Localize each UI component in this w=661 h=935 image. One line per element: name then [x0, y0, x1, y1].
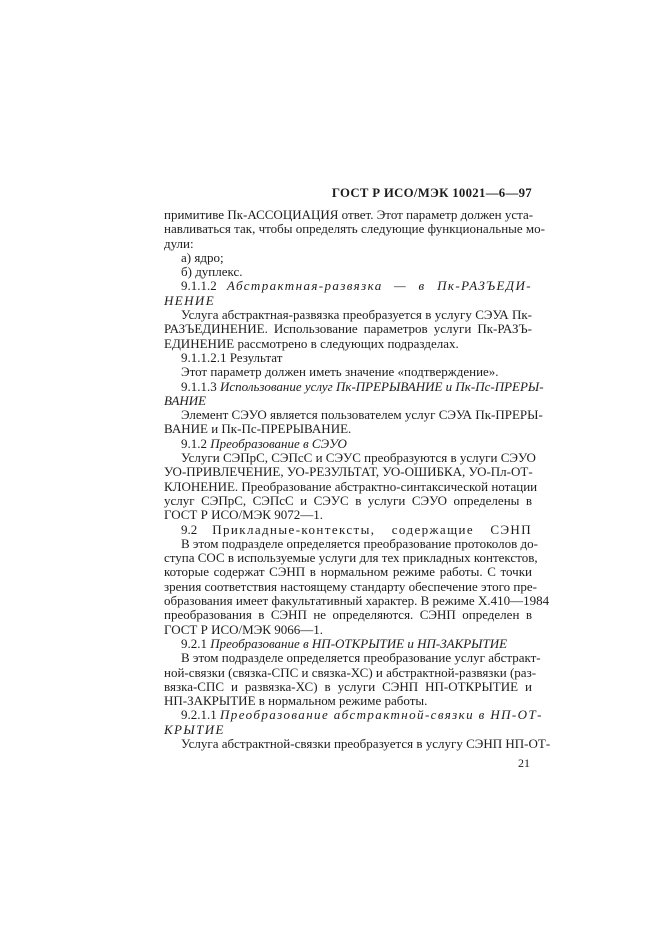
section-number: 9.1.2	[181, 436, 210, 451]
line-text: ГОСТ Р ИСО/МЭК 9072—1.	[164, 507, 323, 522]
text-line: В этом подразделе определяется преобразо…	[164, 651, 532, 665]
line-text: зрения соответствия настоящему стандарту…	[164, 579, 537, 594]
line-text: Услуга абстрактной-связки преобразуется …	[181, 736, 550, 751]
section-number: 9.2.1	[181, 636, 210, 651]
text-line: ЕДИНЕНИЕ рассмотрено в следующих подразд…	[164, 337, 532, 351]
text-line: навливаться так, чтобы определять следую…	[164, 222, 532, 236]
line-text: Абстрактная-развязка — в Пк-РАЗЪЕДИ-	[227, 278, 532, 293]
text-line: ГОСТ Р ИСО/МЭК 9072—1.	[164, 508, 532, 522]
text-line: Услуга абстрактной-связки преобразуется …	[164, 737, 532, 751]
line-text: Услуги СЭПрС, СЭПсС и СЭУС преобразуются…	[181, 450, 536, 465]
text-line: ной-связки (связка-СПС и связка-ХС) и аб…	[164, 666, 532, 680]
line-text: которые содержат СЭНП в нормальном режим…	[164, 564, 532, 579]
line-text: ВАНИЕ	[164, 393, 206, 408]
text-line: примитиве Пк-АССОЦИАЦИЯ ответ. Этот пара…	[164, 208, 532, 222]
section-number: 9.1.1.2.1	[181, 350, 230, 365]
text-line: которые содержат СЭНП в нормальном режим…	[164, 565, 532, 579]
text-line: Услуга абстрактная-развязка преобразуетс…	[164, 308, 532, 322]
text-line: услуг СЭПрС, СЭПсС и СЭУС в услуги СЭУО …	[164, 494, 532, 508]
line-text: Использование услуг Пк-ПРЕРЫВАНИЕ и Пк-П…	[220, 379, 544, 394]
line-text: вязка-СПС и развязка-ХС) в услуги СЭНП Н…	[164, 679, 532, 694]
line-text: Элемент СЭУО является пользователем услу…	[181, 407, 543, 422]
text-line: Элемент СЭУО является пользователем услу…	[164, 408, 532, 422]
text-line: КЛОНЕНИЕ. Преобразование абстрактно-синт…	[164, 480, 532, 494]
line-text: НП-ЗАКРЫТИЕ в нормальном режиме работы.	[164, 693, 427, 708]
heading-9-1-1-3-continuation: ВАНИЕ	[164, 394, 532, 408]
text-line: Услуги СЭПрС, СЭПсС и СЭУС преобразуются…	[164, 451, 532, 465]
body-lines: примитиве Пк-АССОЦИАЦИЯ ответ. Этот пара…	[164, 208, 532, 751]
document-page: ГОСТ Р ИСО/МЭК 10021—6—97 примитиве Пк-А…	[0, 0, 661, 935]
heading-9-2-1-1: 9.2.1.1 Преобразование абстрактной-связк…	[164, 708, 532, 722]
line-text: ВАНИЕ и Пк-Пс-ПРЕРЫВАНИЕ.	[164, 421, 351, 436]
section-number: 9.1.1.2	[181, 278, 227, 293]
text-line: НП-ЗАКРЫТИЕ в нормальном режиме работы.	[164, 694, 532, 708]
heading-9-1-1-2-continuation: НЕНИЕ	[164, 294, 532, 308]
text-line: ГОСТ Р ИСО/МЭК 9066—1.	[164, 623, 532, 637]
line-text: КЛОНЕНИЕ. Преобразование абстрактно-синт…	[164, 479, 537, 494]
line-text: Преобразование абстрактной-связки в НП-О…	[220, 707, 543, 722]
heading-9-1-2: 9.1.2 Преобразование в СЭУО	[164, 437, 532, 451]
heading-9-2-1-1-continuation: КРЫТИЕ	[164, 723, 532, 737]
page-number: 21	[164, 756, 532, 771]
line-text: ной-связки (связка-СПС и связка-ХС) и аб…	[164, 665, 536, 680]
line-text: НЕНИЕ	[164, 293, 215, 308]
heading-9-2: 9.2 Прикладные-контексты, содержащие СЭН…	[164, 523, 532, 537]
line-text: Результат	[230, 350, 283, 365]
text-line: образования имеет факультативный характе…	[164, 594, 532, 608]
line-text: Этот параметр должен иметь значение «под…	[181, 364, 499, 379]
list-item-a: а) ядро;	[164, 251, 532, 265]
section-number: 9.1.1.3	[181, 379, 220, 394]
line-text: а) ядро;	[181, 250, 224, 265]
text-line: ступа СОС в используемые услуги для тех …	[164, 551, 532, 565]
text-line: преобразования в СЭНП не определяются. С…	[164, 608, 532, 622]
line-text: РАЗЪЕДИНЕНИЕ. Использование параметров у…	[164, 321, 532, 336]
text-line: ВАНИЕ и Пк-Пс-ПРЕРЫВАНИЕ.	[164, 422, 532, 436]
text-line: В этом подразделе определяется преобразо…	[164, 537, 532, 551]
text-line: зрения соответствия настоящему стандарту…	[164, 580, 532, 594]
heading-9-2-1: 9.2.1 Преобразование в НП-ОТКРЫТИЕ и НП-…	[164, 637, 532, 651]
section-number: 9.2	[181, 522, 212, 537]
line-text: В этом подразделе определяется преобразо…	[181, 536, 538, 551]
text-line: РАЗЪЕДИНЕНИЕ. Использование параметров у…	[164, 322, 532, 336]
line-text: б) дуплекс.	[181, 264, 243, 279]
heading-9-1-1-2: 9.1.1.2 Абстрактная-развязка — в Пк-РАЗЪ…	[164, 279, 532, 293]
heading-9-1-1-2-1: 9.1.1.2.1 Результат	[164, 351, 532, 365]
running-header: ГОСТ Р ИСО/МЭК 10021—6—97	[164, 186, 532, 201]
line-text: Прикладные-контексты, содержащие СЭНП	[212, 522, 532, 537]
line-text: Преобразование в НП-ОТКРЫТИЕ и НП-ЗАКРЫТ…	[210, 636, 507, 651]
text-line: вязка-СПС и развязка-ХС) в услуги СЭНП Н…	[164, 680, 532, 694]
line-text: КРЫТИЕ	[164, 722, 225, 737]
text-line: Этот параметр должен иметь значение «под…	[164, 365, 532, 379]
line-text: ЕДИНЕНИЕ рассмотрено в следующих подразд…	[164, 336, 459, 351]
line-text: дули:	[164, 236, 194, 251]
list-item-b: б) дуплекс.	[164, 265, 532, 279]
line-text: ступа СОС в используемые услуги для тех …	[164, 550, 538, 565]
section-number: 9.2.1.1	[181, 707, 220, 722]
line-text: УО-ПРИВЛЕЧЕНИЕ, УО-РЕЗУЛЬТАТ, УО-ОШИБКА,…	[164, 464, 533, 479]
line-text: услуг СЭПрС, СЭПсС и СЭУС в услуги СЭУО …	[164, 493, 532, 508]
line-text: В этом подразделе определяется преобразо…	[181, 650, 541, 665]
text-line: УО-ПРИВЛЕЧЕНИЕ, УО-РЕЗУЛЬТАТ, УО-ОШИБКА,…	[164, 465, 532, 479]
line-text: ГОСТ Р ИСО/МЭК 9066—1.	[164, 622, 323, 637]
text-block: ГОСТ Р ИСО/МЭК 10021—6—97 примитиве Пк-А…	[164, 186, 532, 771]
line-text: Услуга абстрактная-развязка преобразуетс…	[181, 307, 532, 322]
text-line: дули:	[164, 237, 532, 251]
line-text: примитиве Пк-АССОЦИАЦИЯ ответ. Этот пара…	[164, 207, 533, 222]
line-text: Преобразование в СЭУО	[210, 436, 347, 451]
line-text: образования имеет факультативный характе…	[164, 593, 549, 608]
line-text: преобразования в СЭНП не определяются. С…	[164, 607, 532, 622]
line-text: навливаться так, чтобы определять следую…	[164, 221, 545, 236]
heading-9-1-1-3: 9.1.1.3 Использование услуг Пк-ПРЕРЫВАНИ…	[164, 380, 532, 394]
